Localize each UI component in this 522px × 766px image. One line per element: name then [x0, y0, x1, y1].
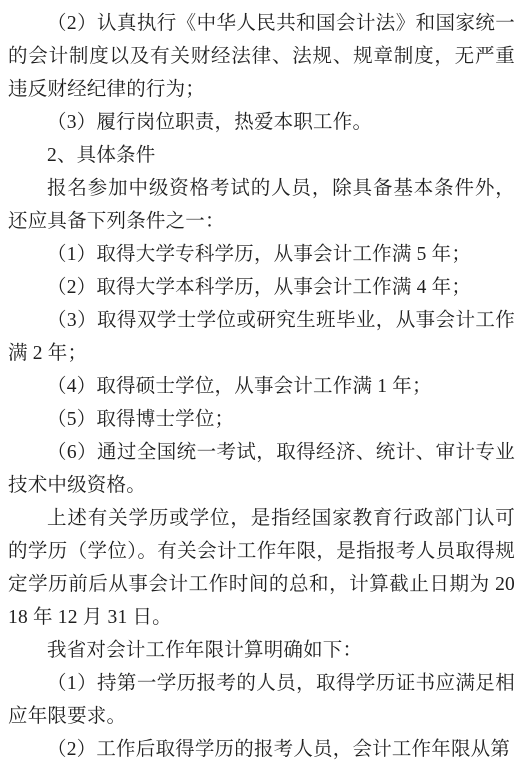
paragraph: （2）认真执行《中华人民共和国会计法》和国家统一的会计制度以及有关财经法律、法规…	[8, 7, 515, 106]
paragraph: 报名参加中级资格考试的人员，除具备基本条件外，还应具备下列条件之一：	[8, 172, 515, 238]
paragraph: （1）持第一学历报考的人员，取得学历证书应满足相应年限要求。	[8, 667, 515, 733]
paragraph: （6）通过全国统一考试，取得经济、统计、审计专业技术中级资格。	[8, 436, 515, 502]
paragraph: （5）取得博士学位；	[8, 403, 515, 436]
paragraph: 我省对会计工作年限计算明确如下：	[8, 634, 515, 667]
document-body: （2）认真执行《中华人民共和国会计法》和国家统一的会计制度以及有关财经法律、法规…	[8, 7, 515, 766]
paragraph: （3）履行岗位职责，热爱本职工作。	[8, 106, 515, 139]
paragraph: （2）工作后取得学历的报考人员，会计工作年限从第	[8, 733, 515, 766]
paragraph: （1）取得大学专科学历，从事会计工作满 5 年；	[8, 238, 515, 271]
paragraph: （2）取得大学本科学历，从事会计工作满 4 年；	[8, 271, 515, 304]
paragraph: （3）取得双学士学位或研究生班毕业，从事会计工作满 2 年；	[8, 304, 515, 370]
paragraph: 2、具体条件	[8, 139, 515, 172]
paragraph: 上述有关学历或学位，是指经国家教育行政部门认可的学历（学位）。有关会计工作年限，…	[8, 502, 515, 634]
document-page: （2）认真执行《中华人民共和国会计法》和国家统一的会计制度以及有关财经法律、法规…	[0, 0, 522, 766]
paragraph: （4）取得硕士学位，从事会计工作满 1 年；	[8, 370, 515, 403]
